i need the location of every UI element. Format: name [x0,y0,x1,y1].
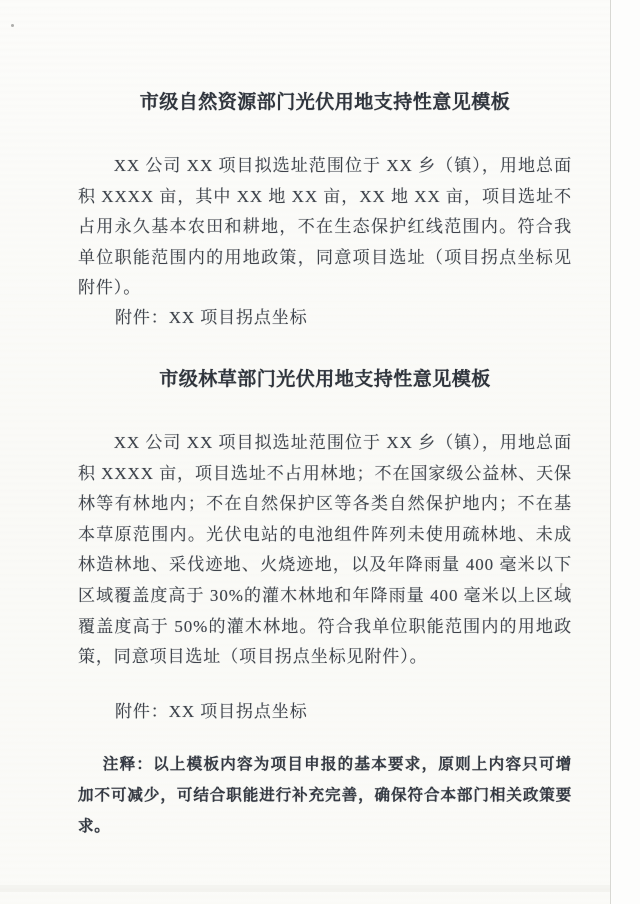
scanned-document-viewport: 市级自然资源部门光伏用地支持性意见模板 XX 公司 XX 项目拟选址范围位于 X… [0,0,640,904]
section-2-attachment-line: 附件：XX 项目拐点坐标 [78,697,609,722]
section-2-body-paragraph: XX 公司 XX 项目拟选址范围位于 XX 乡（镇），用地总面积 XXXX 亩，… [78,428,572,673]
section-2-title: 市级林草部门光伏用地支持性意见模板 [78,364,572,391]
document-page: 市级自然资源部门光伏用地支持性意见模板 XX 公司 XX 项目拟选址范围位于 X… [0,0,640,904]
page-edge-line [610,0,611,904]
section-1-title: 市级自然资源部门光伏用地支持性意见模板 [78,87,572,114]
section-1-attachment-line: 附件：XX 项目拐点坐标 [78,303,609,328]
scan-artifact-dot [11,24,14,27]
scan-right-margin [611,0,640,904]
footer-note: 注释：以上模板内容为项目申报的基本要求，原则上内容只可增加不可减少，可结合职能进… [78,749,572,842]
section-1-body-paragraph: XX 公司 XX 项目拟选址范围位于 XX 乡（镇），用地总面积 XXXX 亩，… [78,151,572,304]
scan-bottom-shadow [0,885,610,892]
